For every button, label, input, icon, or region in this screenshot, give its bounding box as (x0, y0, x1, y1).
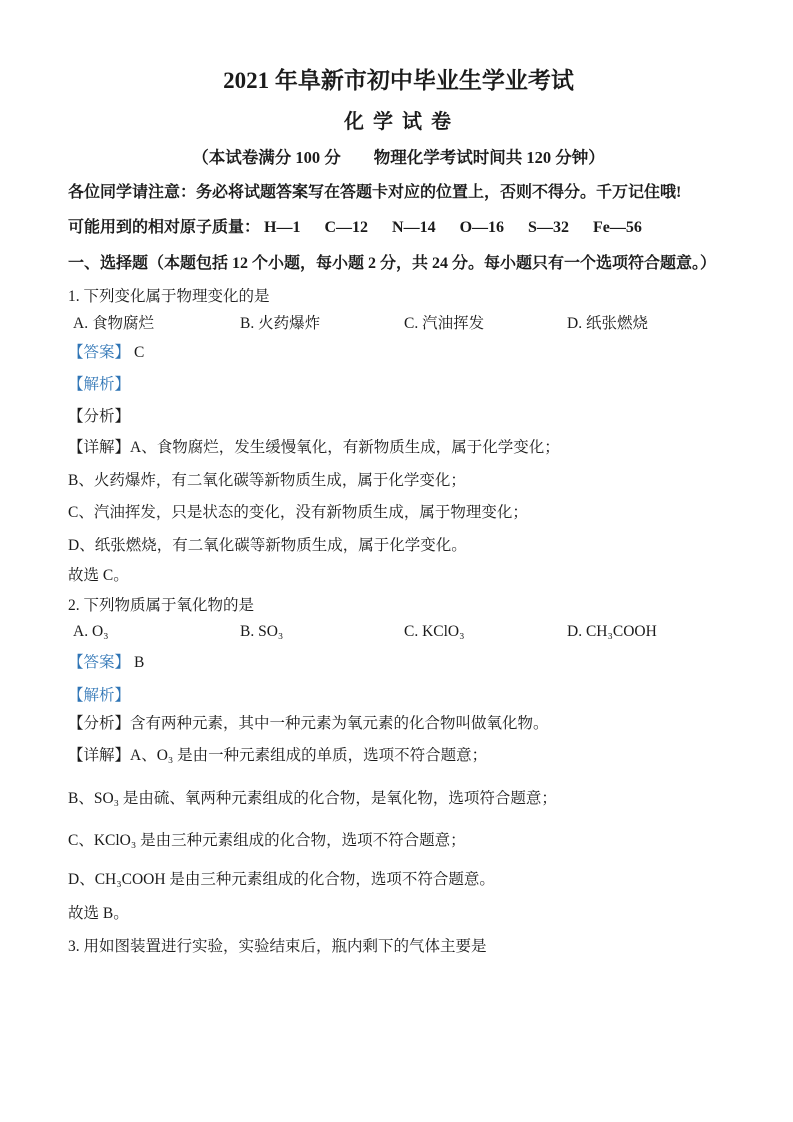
answer-label: 【答案】 (68, 344, 130, 361)
section-heading-choice: 一、选择题（本题包括 12 个小题，每小题 2 分，共 24 分。每小题只有一个… (68, 252, 729, 276)
question-1-answer-line: 【答案】C (68, 342, 729, 364)
atomic-mass-item-h: H—1 (264, 219, 300, 236)
answer-value: C (134, 344, 144, 361)
atomic-mass-label: 可能用到的相对原子质量： (68, 219, 260, 236)
question-1-option-d: D. 纸张燃烧 (567, 313, 729, 335)
answer-value: B (134, 654, 144, 671)
question-2-detail-b: B、SO₃ 是由硫、氧两种元素组成的化合物，是氧化物，选项符合题意； (68, 788, 729, 810)
question-2-detail-d: D、CH₃COOH 是由三种元素组成的化合物，选项不符合题意。 (68, 869, 729, 891)
answer-label: 【答案】 (68, 654, 130, 671)
question-1-option-a: A. 食物腐烂 (73, 313, 240, 335)
atomic-mass-line: 可能用到的相对原子质量： H—1 C—12 N—14 O—16 S—32 Fe—… (68, 216, 729, 240)
question-2-answer-line: 【答案】B (68, 652, 729, 674)
question-2-detail-a: 【详解】A、O₃ 是由一种元素组成的单质，选项不符合题意； (68, 745, 729, 767)
question-1-option-c: C. 汽油挥发 (404, 313, 567, 335)
question-1-fenxi-line: 【分析】 (68, 406, 729, 428)
question-1-stem: 1. 下列变化属于物理变化的是 (68, 286, 729, 308)
question-1: 1. 下列变化属于物理变化的是 A. 食物腐烂 B. 火药爆炸 C. 汽油挥发 … (68, 286, 729, 587)
atomic-mass-item-n: N—14 (392, 219, 436, 236)
exam-paper-page: 2021 年阜新市初中毕业生学业考试 化 学 试 卷 （本试卷满分 100 分 … (0, 0, 793, 1122)
exam-title: 2021 年阜新市初中毕业生学业考试 (68, 66, 729, 96)
atomic-mass-item-fe: Fe—56 (593, 219, 642, 236)
paper-meta-line: （本试卷满分 100 分 物理化学考试时间共 120 分钟） (68, 146, 729, 170)
question-1-detail-d: D、纸张燃烧，有二氧化碳等新物质生成，属于化学变化。 (68, 535, 729, 557)
question-1-conclusion: 故选 C。 (68, 565, 729, 587)
question-1-detail-b: B、火药爆炸，有二氧化碳等新物质生成，属于化学变化； (68, 470, 729, 492)
question-2-conclusion: 故选 B。 (68, 903, 729, 925)
question-1-detail-c: C、汽油挥发，只是状态的变化，没有新物质生成，属于物理变化； (68, 502, 729, 524)
question-2: 2. 下列物质属于氧化物的是 A. O₃ B. SO₃ C. KClO₃ D. … (68, 595, 729, 925)
atomic-mass-item-c: C—12 (324, 219, 368, 236)
question-2-detail-c: C、KClO₃ 是由三种元素组成的化合物，选项不符合题意； (68, 830, 729, 852)
atomic-mass-item-o: O—16 (460, 219, 504, 236)
atomic-mass-item-s: S—32 (528, 219, 569, 236)
question-2-fenxi-line: 【分析】含有两种元素，其中一种元素为氧元素的化合物叫做氧化物。 (68, 713, 729, 735)
question-1-option-b: B. 火药爆炸 (240, 313, 404, 335)
analysis-label: 【解析】 (68, 687, 130, 704)
analysis-label: 【解析】 (68, 376, 130, 393)
paper-title: 化 学 试 卷 (68, 108, 729, 136)
question-2-option-a: A. O₃ (73, 621, 240, 643)
question-2-option-d: D. CH₃COOH (567, 621, 729, 643)
question-2-options: A. O₃ B. SO₃ C. KClO₃ D. CH₃COOH (68, 621, 729, 643)
question-1-detail-a: 【详解】A、食物腐烂，发生缓慢氧化，有新物质生成，属于化学变化； (68, 437, 729, 459)
question-3-stem: 3. 用如图装置进行实验，实验结束后，瓶内剩下的气体主要是 (68, 936, 729, 958)
question-2-option-c: C. KClO₃ (404, 621, 567, 643)
notice-line: 各位同学请注意：务必将试题答案写在答题卡对应的位置上，否则不得分。千万记住哦! (68, 181, 729, 205)
question-1-options: A. 食物腐烂 B. 火药爆炸 C. 汽油挥发 D. 纸张燃烧 (68, 313, 729, 335)
question-3: 3. 用如图装置进行实验，实验结束后，瓶内剩下的气体主要是 (68, 936, 729, 958)
question-2-analysis-line: 【解析】 (68, 685, 729, 707)
question-2-stem: 2. 下列物质属于氧化物的是 (68, 595, 729, 617)
question-1-analysis-line: 【解析】 (68, 374, 729, 396)
question-2-option-b: B. SO₃ (240, 621, 404, 643)
